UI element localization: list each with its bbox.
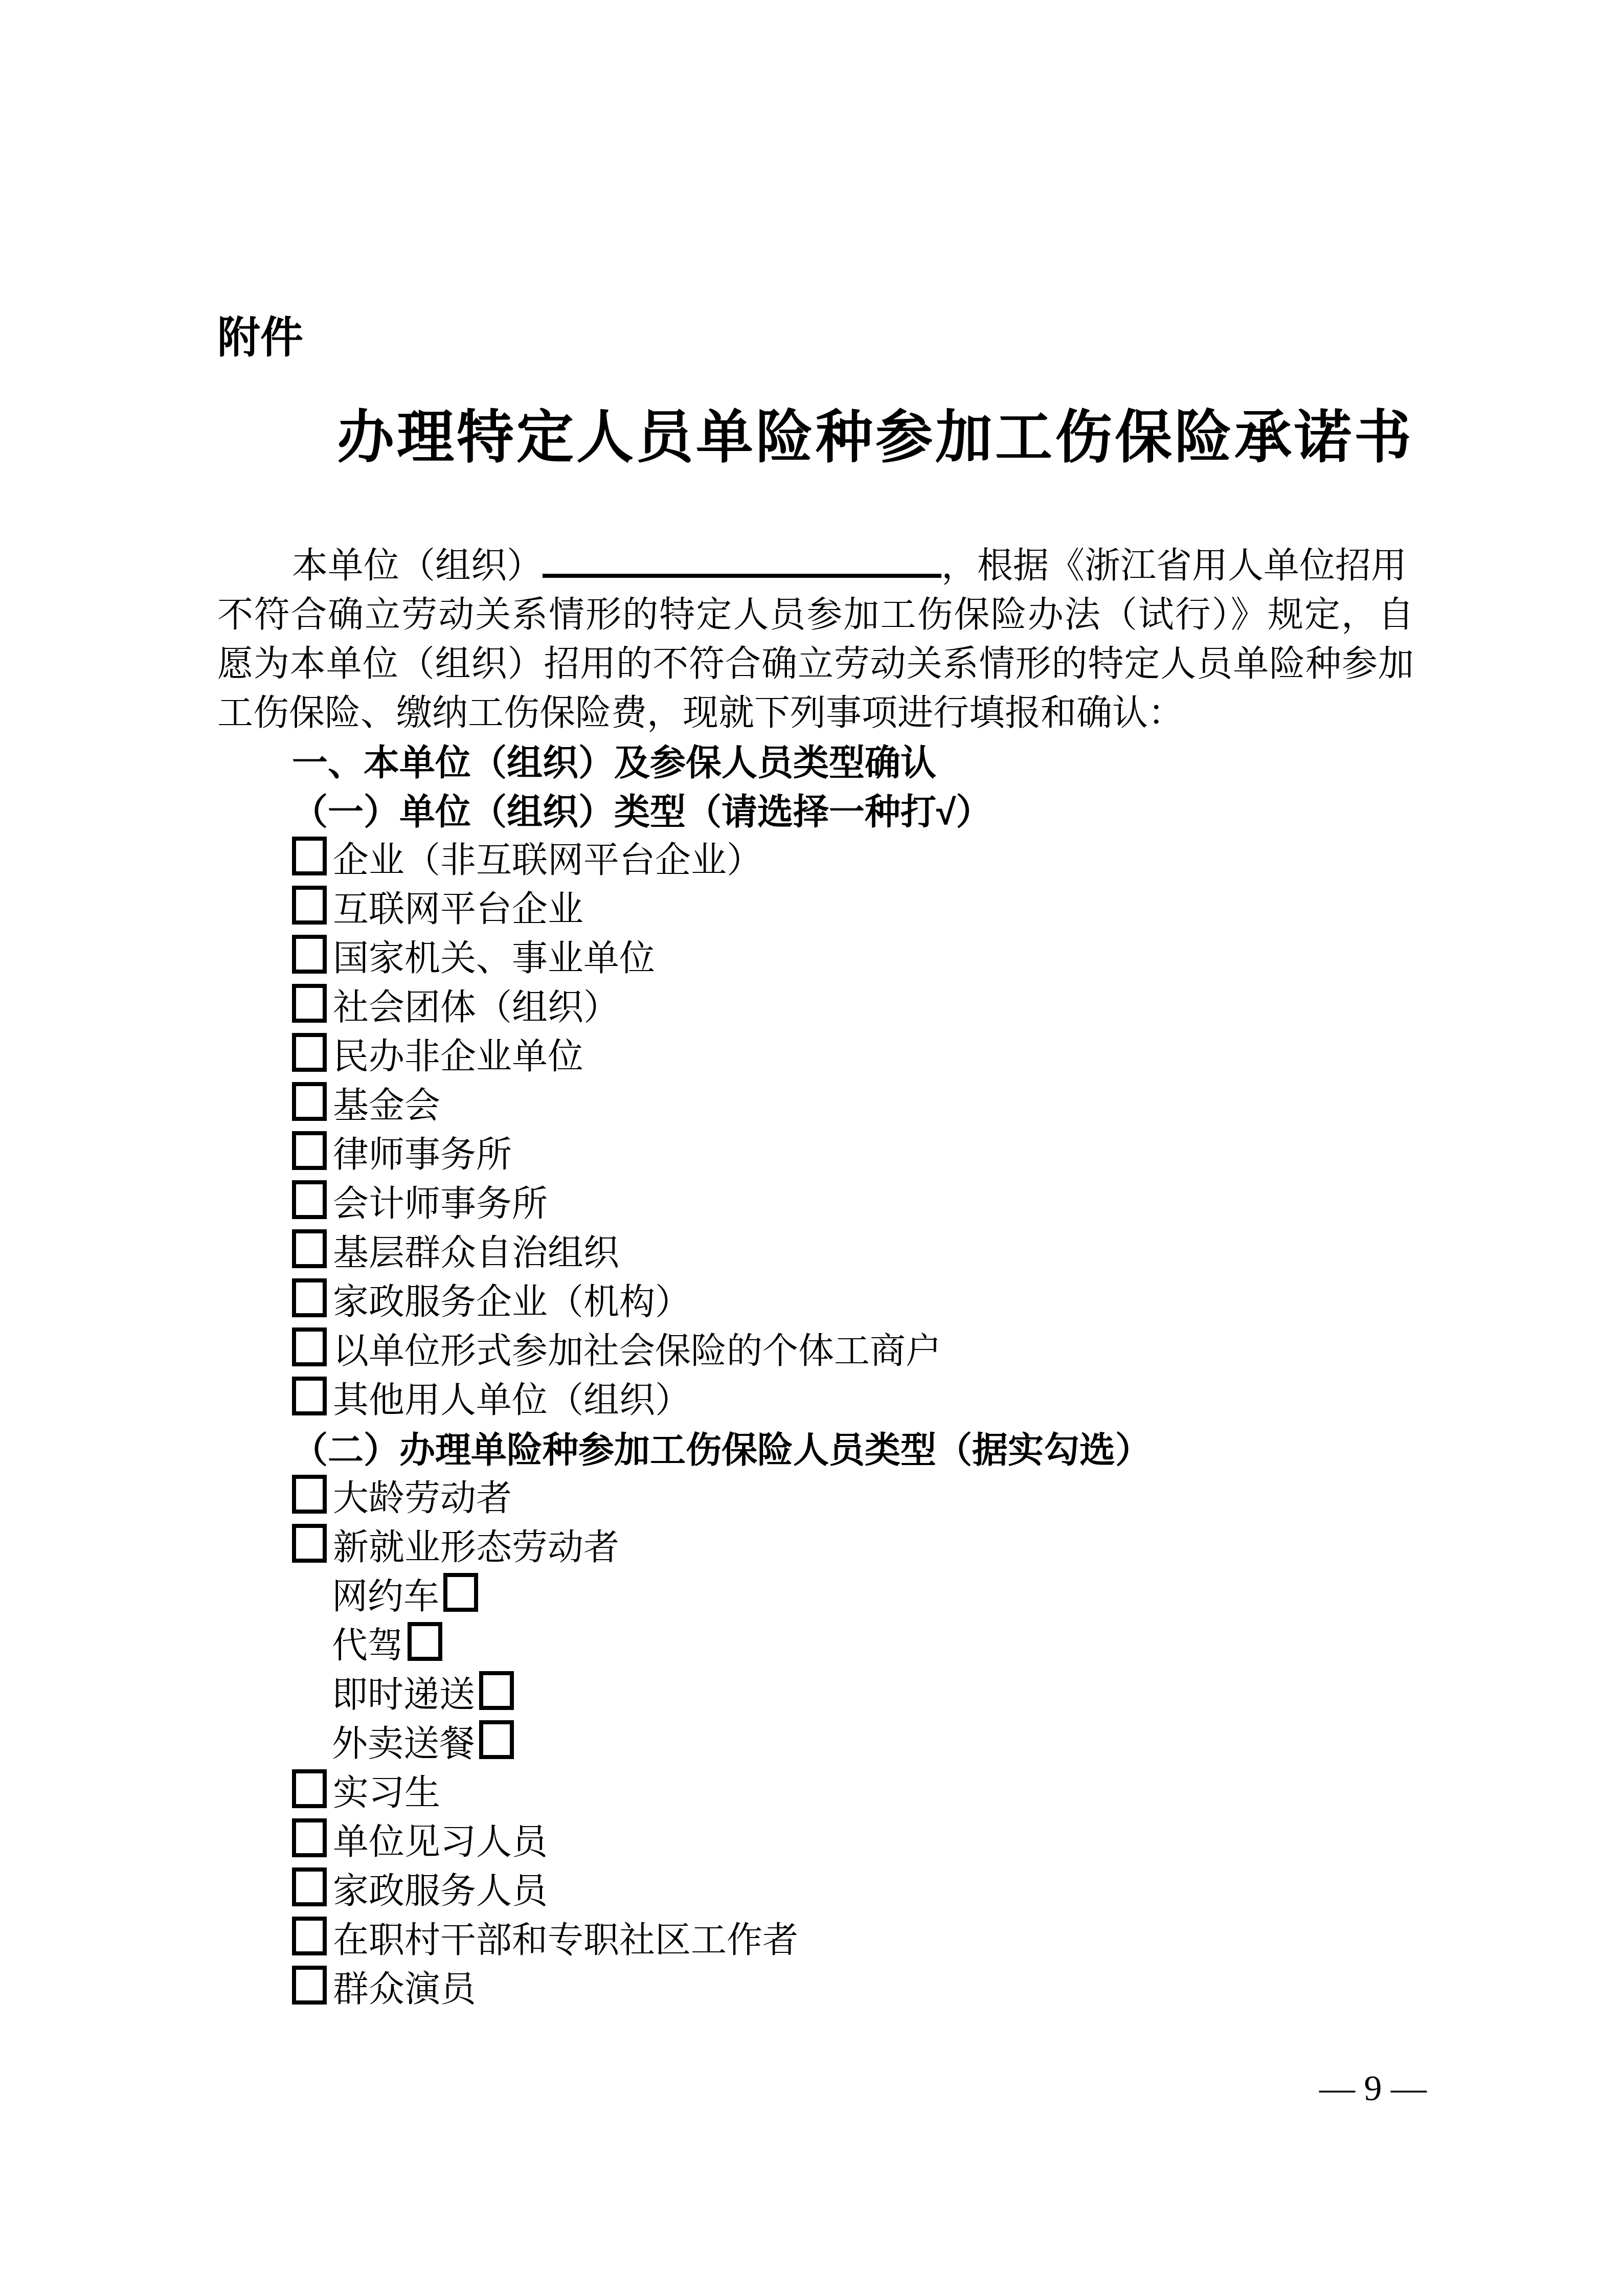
checkbox[interactable] (292, 1917, 327, 1955)
option-label: 以单位形式参加社会保险的个体工商户 (333, 1332, 941, 1371)
checkbox[interactable] (292, 1377, 327, 1415)
checkbox[interactable] (479, 1671, 514, 1710)
person-type-option: 群众演员 (217, 1966, 1414, 2015)
unit-type-option: 企业（非互联网平台企业） (217, 837, 1414, 886)
option-label: 即时递送 (332, 1676, 475, 1715)
checkbox[interactable] (292, 1278, 327, 1317)
checkbox[interactable] (292, 1327, 327, 1366)
checkbox[interactable] (292, 984, 327, 1023)
option-label: 网约车 (332, 1578, 439, 1617)
unit-type-list: 企业（非互联网平台企业）互联网平台企业国家机关、事业单位社会团体（组织）民办非企… (217, 837, 1414, 1426)
option-label: 家政服务企业（机构） (333, 1283, 691, 1322)
document-page: 附件 办理特定人员单险种参加工伤保险承诺书 本单位（组织），根据《浙江省用人单位… (0, 0, 1623, 2296)
unit-type-option: 以单位形式参加社会保险的个体工商户 (217, 1327, 1414, 1377)
checkbox[interactable] (292, 1475, 327, 1514)
checkbox[interactable] (292, 1524, 327, 1563)
intro-text-after-blank: ，根据《浙江省用人单位招用 (941, 547, 1407, 586)
checkbox[interactable] (443, 1573, 478, 1612)
option-label: 律师事务所 (333, 1136, 512, 1175)
person-type-option: 在职村干部和专职社区工作者 (217, 1917, 1414, 1966)
option-label: 新就业形态劳动者 (333, 1528, 619, 1568)
option-label: 群众演员 (333, 1970, 476, 2010)
checkbox[interactable] (292, 886, 327, 925)
intro-line-3: 愿为本单位（组织）招用的不符合确立劳动关系情形的特定人员单险种参加 (217, 640, 1414, 689)
checkbox[interactable] (292, 837, 327, 875)
checkbox[interactable] (292, 1082, 327, 1121)
checkbox[interactable] (292, 1033, 327, 1072)
checkbox[interactable] (292, 1131, 327, 1170)
option-label: 国家机关、事业单位 (333, 939, 655, 979)
unit-type-option: 国家机关、事业单位 (217, 935, 1414, 984)
option-label: 在职村干部和专职社区工作者 (333, 1921, 798, 1961)
option-label: 大龄劳动者 (333, 1479, 512, 1519)
unit-type-option: 互联网平台企业 (217, 886, 1414, 935)
option-label: 外卖送餐 (332, 1725, 475, 1764)
person-type-option: 单位见习人员 (217, 1818, 1414, 1867)
intro-line-2: 不符合确立劳动关系情形的特定人员参加工伤保险办法（试行）》规定，自 (217, 591, 1414, 640)
person-type-option: 代驾 (217, 1622, 1414, 1671)
unit-type-option: 基金会 (217, 1082, 1414, 1131)
option-label: 企业（非互联网平台企业） (333, 841, 762, 881)
page-title: 办理特定人员单险种参加工伤保险承诺书 (0, 404, 1623, 472)
checkbox[interactable] (292, 935, 327, 974)
option-label: 家政服务人员 (333, 1872, 548, 1911)
checkbox[interactable] (292, 1818, 327, 1857)
checkbox[interactable] (292, 1867, 327, 1906)
section1-heading: 一、本单位（组织）及参保人员类型确认 (217, 738, 1414, 787)
intro-line-1: 本单位（组织），根据《浙江省用人单位招用 (217, 540, 1414, 591)
person-type-option: 外卖送餐 (217, 1720, 1414, 1769)
checkbox[interactable] (292, 1966, 327, 2005)
option-label: 基金会 (333, 1087, 440, 1126)
person-type-option: 大龄劳动者 (217, 1475, 1414, 1524)
option-label: 实习生 (333, 1774, 440, 1813)
section2-subheading: （二）办理单险种参加工伤保险人员类型（据实勾选） (217, 1426, 1414, 1475)
checkbox[interactable] (292, 1229, 327, 1268)
checkbox[interactable] (292, 1769, 327, 1808)
option-label: 互联网平台企业 (333, 890, 583, 930)
option-label: 民办非企业单位 (333, 1038, 583, 1077)
option-label: 其他用人单位（组织） (333, 1381, 691, 1421)
person-type-option: 网约车 (217, 1573, 1414, 1622)
option-label: 代驾 (332, 1627, 403, 1666)
document-body: 本单位（组织），根据《浙江省用人单位招用 不符合确立劳动关系情形的特定人员参加工… (217, 540, 1414, 2015)
checkbox[interactable] (479, 1720, 514, 1759)
person-type-list: 大龄劳动者新就业形态劳动者网约车代驾即时递送外卖送餐实习生单位见习人员家政服务人… (217, 1475, 1414, 2015)
person-type-option: 实习生 (217, 1769, 1414, 1818)
unit-type-option: 家政服务企业（机构） (217, 1278, 1414, 1327)
person-type-option: 家政服务人员 (217, 1867, 1414, 1917)
person-type-option: 即时递送 (217, 1671, 1414, 1720)
attachment-label: 附件 (217, 0, 1623, 359)
intro-text-before-blank: 本单位（组织） (292, 547, 543, 586)
section1-subheading: （一）单位（组织）类型（请选择一种打√） (217, 787, 1414, 837)
page-number: — 9 — (0, 2071, 1623, 2107)
checkbox[interactable] (408, 1622, 442, 1661)
checkbox[interactable] (292, 1180, 327, 1219)
unit-name-blank-field[interactable] (543, 540, 941, 578)
option-label: 单位见习人员 (333, 1823, 548, 1862)
unit-type-option: 基层群众自治组织 (217, 1229, 1414, 1278)
intro-line-4: 工伤保险、缴纳工伤保险费，现就下列事项进行填报和确认： (217, 689, 1414, 738)
option-label: 基层群众自治组织 (333, 1234, 619, 1273)
unit-type-option: 社会团体（组织） (217, 984, 1414, 1033)
person-type-option: 新就业形态劳动者 (217, 1524, 1414, 1573)
option-label: 会计师事务所 (333, 1185, 548, 1224)
unit-type-option: 律师事务所 (217, 1131, 1414, 1180)
unit-type-option: 会计师事务所 (217, 1180, 1414, 1229)
unit-type-option: 民办非企业单位 (217, 1033, 1414, 1082)
option-label: 社会团体（组织） (333, 988, 619, 1028)
unit-type-option: 其他用人单位（组织） (217, 1377, 1414, 1426)
